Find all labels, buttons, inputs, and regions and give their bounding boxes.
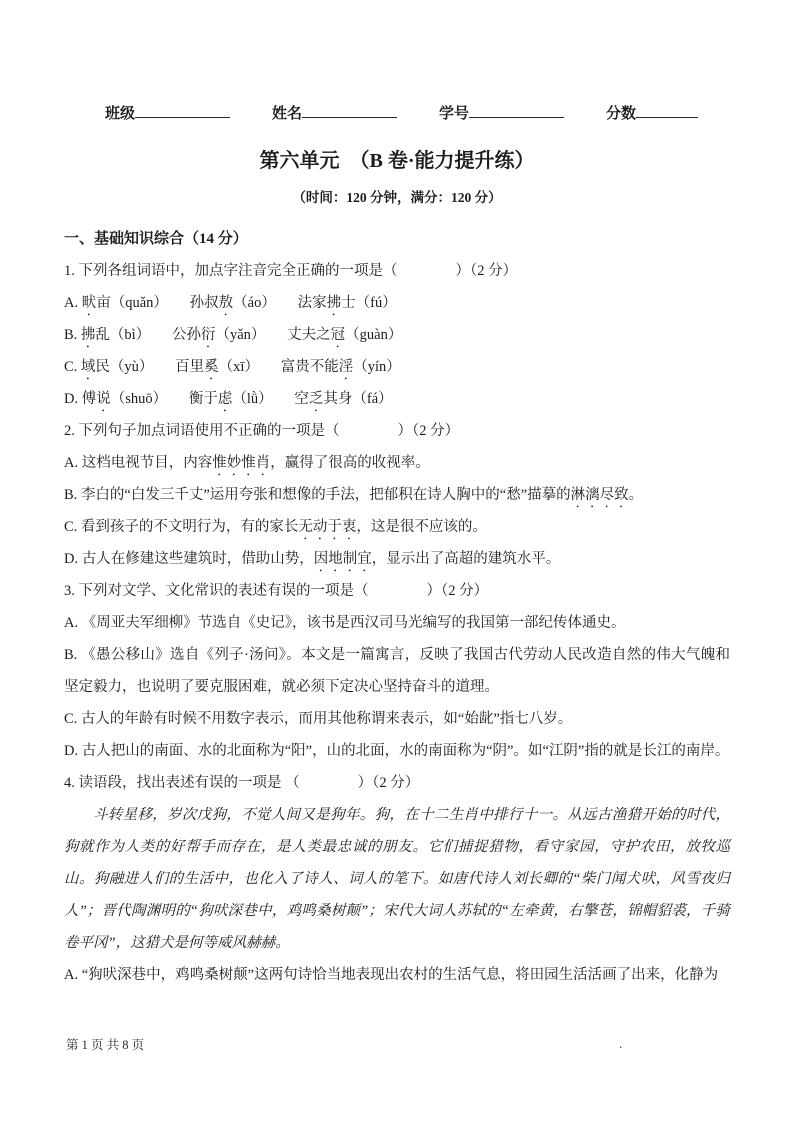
paper-subtitle: （时间：120 分钟，满分：120 分） [64,189,730,207]
q2-stem: 2. 下列句子加点词语使用不正确的一项是（ ）（2 分） [64,415,730,447]
name-blank [302,103,397,118]
q3-option-d: D. 古人把山的南面、水的北面称为“阳”，山的北面，水的南面称为“阴”。如“江阴… [64,735,730,767]
text-segment: C. [64,359,81,375]
emphasized-word: 敖 [219,295,234,311]
q3-option-c: C. 古人的年龄有时候不用数字表示，而用其他称谓来表示，如“始龀”指七八岁。 [64,703,730,735]
emphasized-word: 因地制宜 [314,551,372,567]
q2-option-d: D. 古人在修建这些建筑时，借助山势，因地制宜，显示出了高超的建筑水平。 [64,543,730,575]
class-field: 班级 [105,103,230,124]
emphasized-word: 惟妙惟肖 [212,455,270,471]
text-segment: （guàn） [345,327,402,343]
text-segment: （shuō） 衡于 [111,391,218,407]
student-info-row: 班级 姓名 学号 分数 [64,103,730,124]
text-segment: B. [64,327,81,343]
name-field: 姓名 [272,103,397,124]
text-segment: C. 看到孩子的不文明行为，有的家长 [64,519,298,535]
q1-option-a: A. 畎亩（quǎn） 孙叔敖（áo） 法家拂士（fú） [64,287,730,319]
text-segment: B. 李白的“白发三千丈”运用夸张和想像的手法，把郁积在诗人胸中的“愁”描摹的 [64,487,571,503]
text-segment: 亩（quǎn） 孙叔 [96,295,218,311]
text-segment: （lǜ） 空 [232,391,309,407]
q3-option-a: A. 《周亚夫军细柳》节选自《史记》，该书是西汉司马光编写的我国第一部纪传体通史… [64,607,730,639]
text-segment: ，这是很不应该的。 [356,519,487,535]
q1-option-d: D. 傅说（shuō） 衡于虑（lǜ） 空乏其身（fá） [64,383,730,415]
text-segment: （yǎn） 丈夫之 [215,327,330,343]
section-heading: 一、基础知识综合（14 分） [64,223,730,255]
text-segment: ，赢得了很高的收视率。 [270,455,430,471]
text-segment: 。 [629,487,644,503]
text-segment: D. 傅 [64,391,96,407]
q4-option-a: A. “狗吠深巷中，鸡鸣桑树颠”这两句诗恰当地表现出农村的生活气息，将田园生活活… [64,959,730,991]
emphasized-word: 无动于衷 [298,519,356,535]
student-id-blank [469,103,564,118]
q1-stem: 1. 下列各组词语中，加点字注音完全正确的一项是（ ）（2 分） [64,255,730,287]
q3-option-b: B. 《愚公移山》选自《列子·汤问》。本文是一篇寓言，反映了我国古代劳动人民改造… [64,639,730,703]
q2-option-b: B. 李白的“白发三千丈”运用夸张和想像的手法，把郁积在诗人胸中的“愁”描摹的淋… [64,479,730,511]
text-segment: 民（yù） 百里 [95,359,204,375]
paper-title: 第六单元 （B 卷·能力提升练） [64,148,730,174]
page-number-footer: 第 1 页 共 8 页 [66,1037,144,1053]
exam-paper-page: 班级 姓名 学号 分数 第六单元 （B 卷·能力提升练） （时间：120 分钟，… [0,0,793,1122]
emphasized-word: 虑 [218,391,233,407]
emphasized-word: 奚 [204,359,219,375]
q2-option-a: A. 这档电视节目，内容惟妙惟肖，赢得了很高的收视率。 [64,447,730,479]
q1-option-b: B. 拂乱（bì） 公孙衍（yǎn） 丈夫之冠（guàn） [64,319,730,351]
text-segment: 乱（bì） 公孙 [95,327,201,343]
emphasized-word: 拂 [327,295,342,311]
text-segment: （xī） 富贵不能 [219,359,339,375]
student-id-field-label: 学号 [439,106,469,122]
class-field-label: 班级 [105,106,135,122]
q4-stem: 4. 读语段，找出表述有误的一项是 （ ）（2 分） [64,767,730,799]
student-id-field: 学号 [439,103,564,124]
emphasized-word: 拂 [81,327,96,343]
q1-option-c: C. 域民（yù） 百里奚（xī） 富贵不能淫（yín） [64,351,730,383]
class-blank [135,103,230,118]
text-segment: A. 这档电视节目，内容 [64,455,212,471]
page-content: 班级 姓名 学号 分数 第六单元 （B 卷·能力提升练） （时间：120 分钟，… [64,0,730,991]
q2-option-c: C. 看到孩子的不文明行为，有的家长无动于衷，这是很不应该的。 [64,511,730,543]
text-segment: 士（fú） [341,295,397,311]
text-segment: ，显示出了高超的建筑水平。 [372,551,561,567]
q3-stem: 3. 下列对文学、文化常识的表述有误的一项是（ ）（2 分） [64,575,730,607]
emphasized-word: 域 [81,359,96,375]
score-blank [636,103,698,118]
name-field-label: 姓名 [272,106,302,122]
q4-passage: 斗转星移，岁次戊狗，不觉人间又是狗年。狗，在十二生肖中排行十一。从远古渔猎开始的… [64,799,730,959]
emphasized-word: 淋漓尽致 [571,487,629,503]
text-segment: （yín） [353,359,401,375]
text-segment: （áo） 法家 [233,295,326,311]
score-field-label: 分数 [606,106,636,122]
score-field: 分数 [606,103,698,124]
emphasized-word: 冠 [331,327,346,343]
emphasized-word: 说 [96,391,111,407]
text-segment: D. 古人在修建这些建筑时，借助山势， [64,551,314,567]
emphasized-word: 畎 [82,295,97,311]
text-segment: 其身（fá） [323,391,392,407]
emphasized-word: 衍 [201,327,216,343]
text-segment: A. [64,295,82,311]
stray-period-mark: . [619,1036,622,1052]
emphasized-word: 淫 [339,359,354,375]
emphasized-word: 乏 [309,391,324,407]
